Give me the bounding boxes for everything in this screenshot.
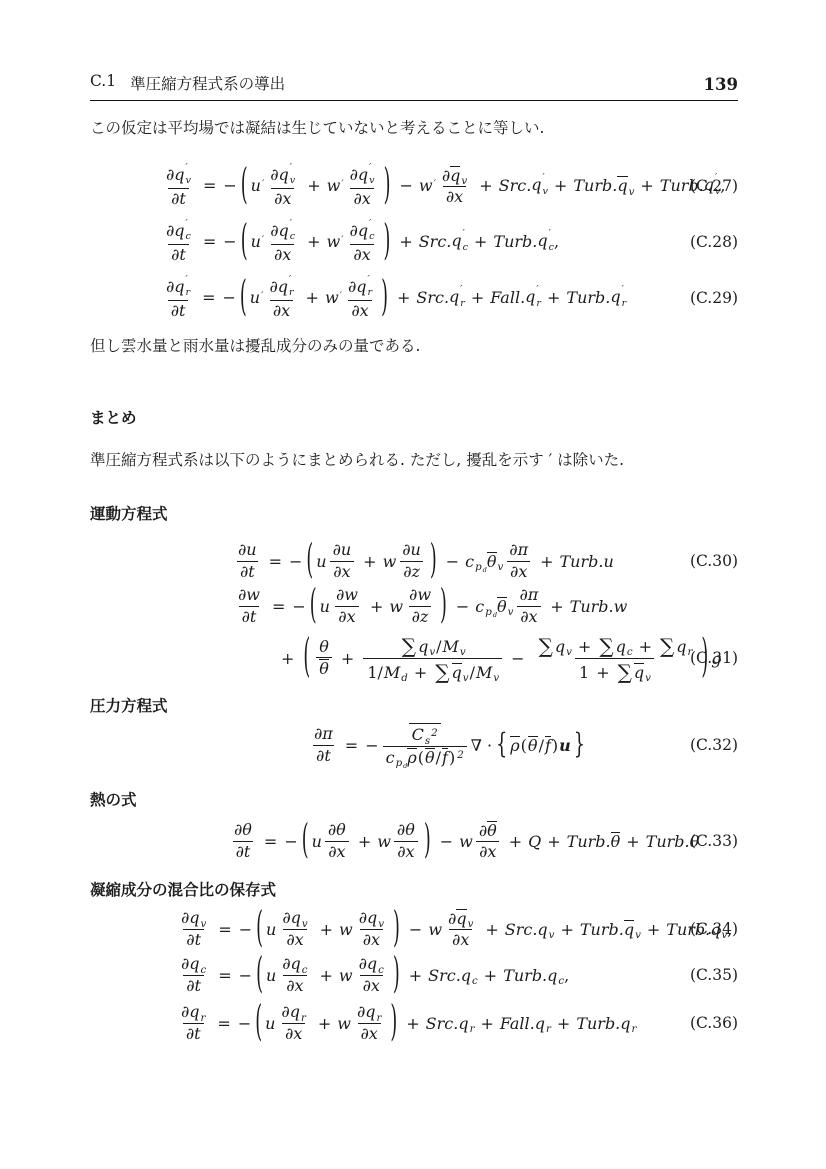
equation-c28: ∂q′c∂t=−(u′∂q′c∂x+w′∂q′c∂x)+Src.q′c+Turb… bbox=[90, 213, 738, 271]
equation-line: +(θθ+∑qv/Mv1/Md+∑qv/Mv−∑qv+∑qc+∑qr1+∑qv)… bbox=[90, 632, 738, 684]
equation-number: (C.32) bbox=[690, 736, 738, 754]
equation-c36: ∂qr∂t=−(u∂qr∂x+w∂qr∂x)+Src.qr+Fall.qr+Tu… bbox=[90, 995, 738, 1051]
equation-line: ∂θ∂t=−(u∂θ∂x+w∂θ∂x)−w∂θ∂x+Q+Turb.θ+Turb.… bbox=[90, 813, 738, 869]
equation-number: (C.28) bbox=[690, 233, 738, 251]
section-number: C.1 bbox=[90, 72, 116, 94]
running-header: C.1 準圧縮方程式系の導出 139 bbox=[90, 72, 738, 101]
equation-number: (C.33) bbox=[690, 832, 738, 850]
heading-mixing-ratio-conservation: 凝縮成分の混合比の保存式 bbox=[90, 878, 276, 900]
equation-line: ∂q′r∂t=−(u′∂q′r∂x+w′∂q′r∂x)+Src.q′r+Fall… bbox=[90, 269, 738, 327]
equation-number: (C.35) bbox=[690, 966, 738, 984]
equation-number: (C.30) bbox=[690, 552, 738, 570]
equation-line: ∂w∂t=−(u∂w∂x+w∂w∂z)−cpdθv∂π∂x+Turb.w bbox=[90, 580, 738, 632]
equation-number: (C.29) bbox=[690, 289, 738, 307]
page-number: 139 bbox=[704, 75, 738, 94]
section-title: 準圧縮方程式系の導出 bbox=[130, 72, 285, 94]
equation-line: ∂qr∂t=−(u∂qr∂x+w∂qr∂x)+Src.qr+Fall.qr+Tu… bbox=[90, 995, 738, 1051]
equation-c33: ∂θ∂t=−(u∂θ∂x+w∂θ∂x)−w∂θ∂x+Q+Turb.θ+Turb.… bbox=[90, 813, 738, 869]
equation-c32: ∂π∂t=−Cs2cpdρ(θ/f)2∇ ·{ρ(θ/f)u}(C.32) bbox=[90, 713, 738, 777]
equation-number: (C.31) bbox=[690, 649, 738, 667]
equation-c27: ∂q′v∂t=−(u′∂q′v∂x+w′∂q′v∂x)−w′∂qv∂x+Src.… bbox=[90, 157, 738, 215]
heading-motion-equations: 運動方程式 bbox=[90, 502, 168, 524]
heading-summary: まとめ bbox=[90, 406, 137, 428]
heading-heat-equation: 熱の式 bbox=[90, 788, 137, 810]
equation-c29: ∂q′r∂t=−(u′∂q′r∂x+w′∂q′r∂x)+Src.q′r+Fall… bbox=[90, 269, 738, 327]
equation-number: (C.34) bbox=[690, 920, 738, 938]
equation-line: ∂q′v∂t=−(u′∂q′v∂x+w′∂q′v∂x)−w′∂qv∂x+Src.… bbox=[90, 157, 738, 215]
equation-number: (C.36) bbox=[690, 1014, 738, 1032]
paragraph-note: 但し雲水量と雨水量は擾乱成分のみの量である. bbox=[90, 335, 738, 358]
paragraph-summary-intro: 準圧縮方程式系は以下のようにまとめられる. ただし, 擾乱を示す ′ は除いた. bbox=[90, 449, 738, 472]
document-page: C.1 準圧縮方程式系の導出 139 この仮定は平均場では凝結は生じていないと考… bbox=[0, 0, 826, 1169]
equation-number: (C.27) bbox=[690, 177, 738, 195]
equation-line: ∂π∂t=−Cs2cpdρ(θ/f)2∇ ·{ρ(θ/f)u}(C.32) bbox=[90, 713, 738, 777]
equation-c31: ∂w∂t=−(u∂w∂x+w∂w∂z)−cpdθv∂π∂x+Turb.w+(θθ… bbox=[90, 580, 738, 684]
paragraph-assumption: この仮定は平均場では凝結は生じていないと考えることに等しい. bbox=[90, 117, 738, 140]
equation-line: ∂q′c∂t=−(u′∂q′c∂x+w′∂q′c∂x)+Src.q′c+Turb… bbox=[90, 213, 738, 271]
